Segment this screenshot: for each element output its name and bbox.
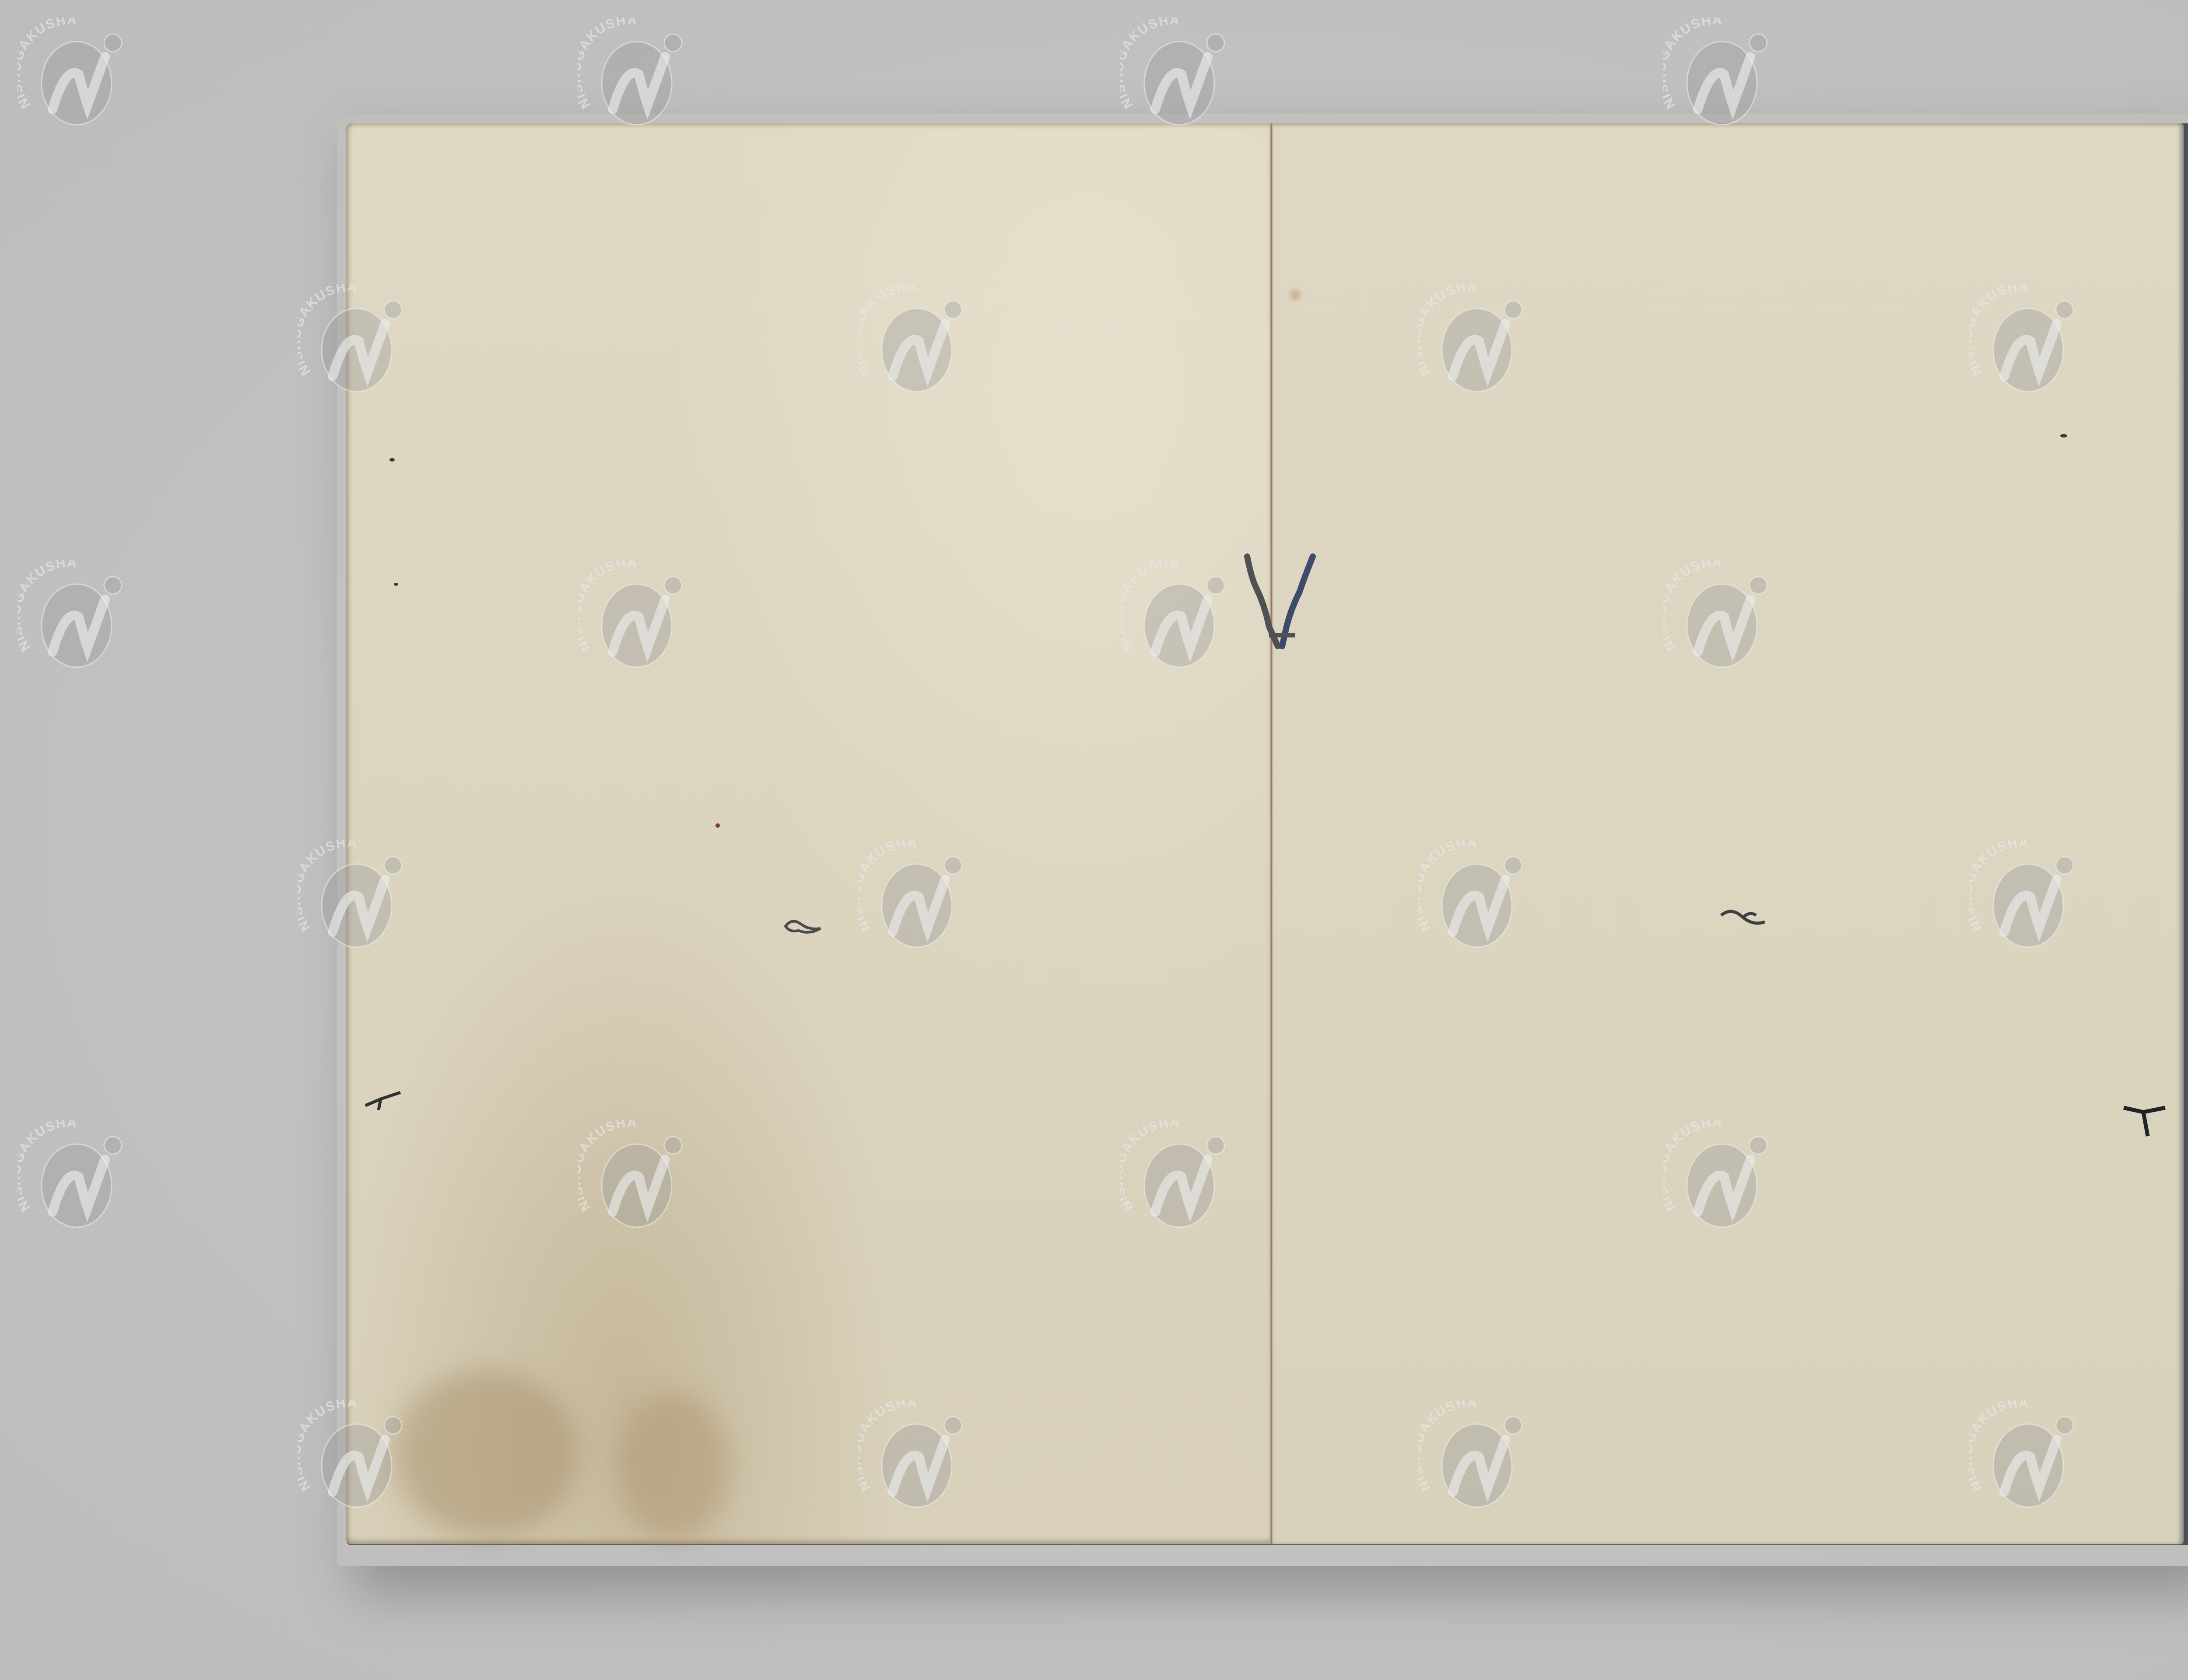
wormhole-damage [363,1086,403,1112]
wormhole-damage [1719,902,1767,933]
page-right [1273,123,2184,1544]
foxing-spot [1290,290,1301,300]
ink-speck [394,583,398,586]
water-stain [617,1392,731,1541]
water-stain [394,1370,578,1536]
ink-speck [2060,434,2067,437]
ink-speck [715,823,720,828]
open-book [346,123,2184,1544]
wormhole-damage-spine [1238,552,1326,653]
page-left [346,123,1271,1544]
ink-speck [389,458,395,462]
wormhole-damage [783,915,823,937]
wormhole-damage [2121,1095,2170,1143]
